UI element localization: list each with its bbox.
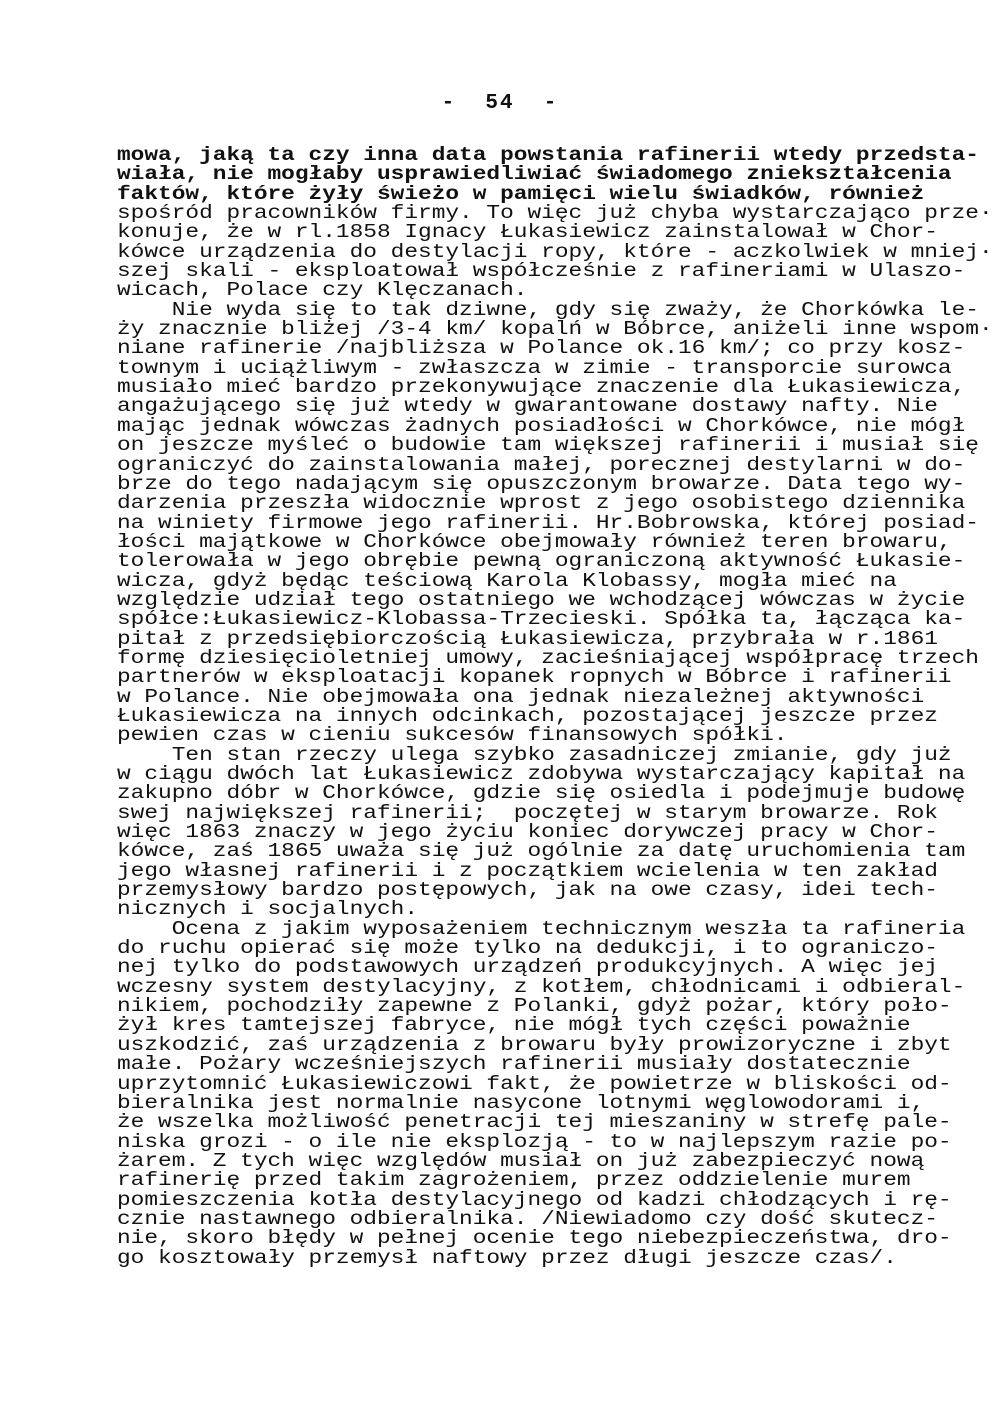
text-line: go kosztowały przemysł naftowy przez dłu… — [117, 1249, 1000, 1268]
body-text: mowa, jaką ta czy inna data powstania ra… — [117, 146, 917, 1268]
page-number: - 54 - — [0, 92, 1000, 115]
